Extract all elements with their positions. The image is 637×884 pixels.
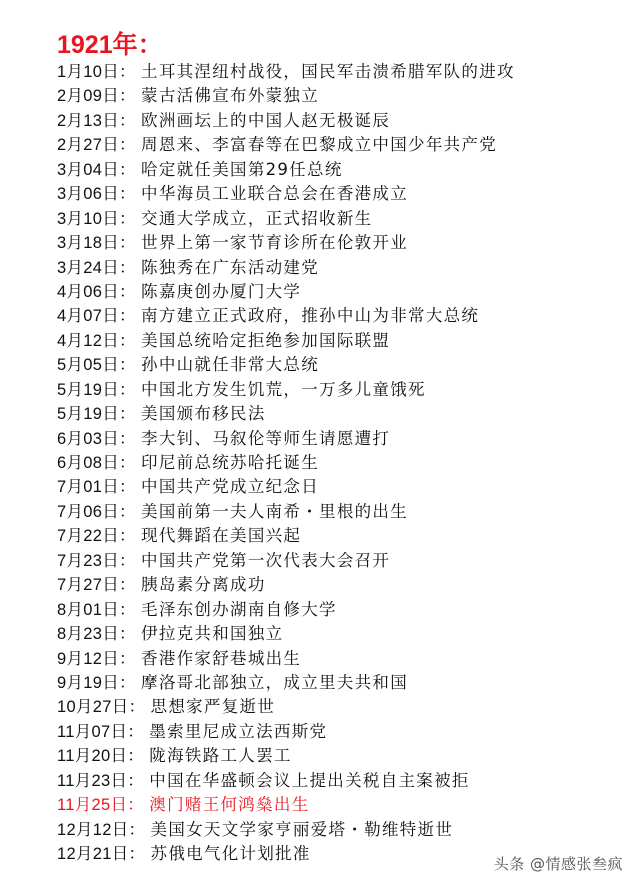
event-description: 南方建立正式政府，推孙中山为非常大总统	[141, 304, 479, 328]
document: 1921年： 1月10日：土耳其涅纽村战役，国民军击溃希腊军队的进攻2月09日：…	[57, 30, 617, 866]
event-date: 3月04日	[57, 158, 119, 182]
event-date: 5月19日	[57, 402, 119, 426]
event-separator: ：	[119, 378, 141, 402]
event-separator: ：	[127, 744, 149, 768]
event-separator: ：	[119, 207, 141, 231]
event-description: 世界上第一家节育诊所在伦敦开业	[141, 231, 408, 255]
event-separator: ：	[119, 475, 141, 499]
event-item: 3月18日：世界上第一家节育诊所在伦敦开业	[57, 231, 617, 255]
event-date: 7月06日	[57, 500, 119, 524]
event-description: 美国前第一夫人南希・里根的出生	[141, 500, 408, 524]
event-separator: ：	[129, 842, 151, 866]
event-separator: ：	[119, 573, 141, 597]
event-date: 11月20日	[57, 744, 127, 768]
event-description: 李大钊、马叙伦等师生请愿遭打	[141, 427, 390, 451]
event-item: 8月23日：伊拉克共和国独立	[57, 622, 617, 646]
year-heading: 1921年：	[57, 30, 617, 60]
event-separator: ：	[119, 524, 141, 548]
event-date: 12月21日	[57, 842, 129, 866]
event-date: 2月13日	[57, 109, 119, 133]
event-separator: ：	[119, 402, 141, 426]
event-item: 4月06日：陈嘉庚创办厦门大学	[57, 280, 617, 304]
event-description: 蒙古活佛宣布外蒙独立	[141, 84, 319, 108]
event-item: 4月07日：南方建立正式政府，推孙中山为非常大总统	[57, 304, 617, 328]
event-item: 2月27日：周恩来、李富春等在巴黎成立中国少年共产党	[57, 133, 617, 157]
event-item: 3月10日：交通大学成立，正式招收新生	[57, 207, 617, 231]
event-date: 6月03日	[57, 427, 119, 451]
event-date: 8月23日	[57, 622, 119, 646]
event-date: 1月10日	[57, 60, 119, 84]
event-separator: ：	[119, 598, 141, 622]
event-item: 5月19日：美国颁布移民法	[57, 402, 617, 426]
event-item: 3月06日：中华海员工业联合总会在香港成立	[57, 182, 617, 206]
event-date: 2月09日	[57, 84, 119, 108]
event-date: 7月27日	[57, 573, 119, 597]
event-description: 思想家严复逝世	[151, 695, 276, 719]
event-separator: ：	[119, 158, 141, 182]
event-description: 现代舞蹈在美国兴起	[141, 524, 301, 548]
event-date: 5月19日	[57, 378, 119, 402]
event-date: 7月22日	[57, 524, 119, 548]
event-description: 中国共产党第一次代表大会召开	[141, 549, 390, 573]
event-date: 3月06日	[57, 182, 119, 206]
event-item: 2月13日：欧洲画坛上的中国人赵无极诞辰	[57, 109, 617, 133]
event-separator: ：	[119, 647, 141, 671]
event-description: 中国在华盛顿会议上提出关税自主案被拒	[149, 769, 469, 793]
event-item: 6月08日：印尼前总统苏哈托诞生	[57, 451, 617, 475]
event-description: 毛泽东创办湖南自修大学	[141, 598, 337, 622]
event-separator: ：	[119, 671, 141, 695]
event-list: 1月10日：土耳其涅纽村战役，国民军击溃希腊军队的进攻2月09日：蒙古活佛宣布外…	[57, 60, 617, 866]
event-description: 中国共产党成立纪念日	[141, 475, 319, 499]
event-separator: ：	[127, 793, 149, 817]
event-item: 3月04日：哈定就任美国第29任总统	[57, 158, 617, 182]
watermark: 头条 @情感张叁疯	[494, 853, 623, 874]
event-description: 摩洛哥北部独立，成立里夫共和国	[141, 671, 408, 695]
event-item: 7月22日：现代舞蹈在美国兴起	[57, 524, 617, 548]
event-separator: ：	[129, 695, 151, 719]
event-item: 2月09日：蒙古活佛宣布外蒙独立	[57, 84, 617, 108]
event-description: 周恩来、李富春等在巴黎成立中国少年共产党	[141, 133, 497, 157]
event-item: 10月27日：思想家严复逝世	[57, 695, 617, 719]
event-description: 美国总统哈定拒绝参加国际联盟	[141, 329, 390, 353]
event-description: 香港作家舒巷城出生	[141, 647, 301, 671]
event-item: 6月03日：李大钊、马叙伦等师生请愿遭打	[57, 427, 617, 451]
event-date: 4月07日	[57, 304, 119, 328]
event-date: 3月24日	[57, 256, 119, 280]
event-date: 11月25日	[57, 793, 127, 817]
event-description: 印尼前总统苏哈托诞生	[141, 451, 319, 475]
event-separator: ：	[119, 329, 141, 353]
event-separator: ：	[127, 769, 149, 793]
event-item: 12月12日：美国女天文学家亨丽爱塔・勒维特逝世	[57, 818, 617, 842]
event-date: 12月12日	[57, 818, 129, 842]
event-separator: ：	[119, 182, 141, 206]
event-date: 8月01日	[57, 598, 119, 622]
event-description: 胰岛素分离成功	[141, 573, 266, 597]
event-description: 美国女天文学家亨丽爱塔・勒维特逝世	[151, 818, 454, 842]
event-separator: ：	[119, 280, 141, 304]
event-separator: ：	[119, 84, 141, 108]
event-separator: ：	[119, 427, 141, 451]
event-date: 7月23日	[57, 549, 119, 573]
event-description: 陈独秀在广东活动建党	[141, 256, 319, 280]
event-description: 哈定就任美国第29任总统	[141, 158, 343, 182]
event-separator: ：	[119, 231, 141, 255]
event-description: 澳门赌王何鸿燊出生	[149, 793, 309, 817]
event-item: 4月12日：美国总统哈定拒绝参加国际联盟	[57, 329, 617, 353]
event-item: 11月07日：墨索里尼成立法西斯党	[57, 720, 617, 744]
event-item: 8月01日：毛泽东创办湖南自修大学	[57, 598, 617, 622]
event-item: 7月06日：美国前第一夫人南希・里根的出生	[57, 500, 617, 524]
event-separator: ：	[119, 500, 141, 524]
event-description: 伊拉克共和国独立	[141, 622, 283, 646]
event-item: 9月12日：香港作家舒巷城出生	[57, 647, 617, 671]
event-item: 9月19日：摩洛哥北部独立，成立里夫共和国	[57, 671, 617, 695]
event-description: 陈嘉庚创办厦门大学	[141, 280, 301, 304]
event-date: 3月10日	[57, 207, 119, 231]
event-separator: ：	[119, 133, 141, 157]
event-date: 7月01日	[57, 475, 119, 499]
event-description: 中国北方发生饥荒，一万多儿童饿死	[141, 378, 426, 402]
event-date: 11月07日	[57, 720, 127, 744]
event-separator: ：	[119, 549, 141, 573]
event-description: 墨索里尼成立法西斯党	[149, 720, 327, 744]
event-item: 11月20日：陇海铁路工人罢工	[57, 744, 617, 768]
event-date: 9月19日	[57, 671, 119, 695]
event-separator: ：	[119, 353, 141, 377]
event-description: 苏俄电气化计划批准	[151, 842, 311, 866]
event-date: 4月12日	[57, 329, 119, 353]
event-item: 5月05日：孙中山就任非常大总统	[57, 353, 617, 377]
event-description: 陇海铁路工人罢工	[149, 744, 291, 768]
event-separator: ：	[119, 622, 141, 646]
event-item: 7月27日：胰岛素分离成功	[57, 573, 617, 597]
event-date: 10月27日	[57, 695, 129, 719]
event-separator: ：	[119, 451, 141, 475]
event-description: 中华海员工业联合总会在香港成立	[141, 182, 408, 206]
event-separator: ：	[129, 818, 151, 842]
event-separator: ：	[119, 60, 141, 84]
event-description: 土耳其涅纽村战役，国民军击溃希腊军队的进攻	[141, 60, 515, 84]
event-description: 孙中山就任非常大总统	[141, 353, 319, 377]
event-item: 3月24日：陈独秀在广东活动建党	[57, 256, 617, 280]
event-description: 欧洲画坛上的中国人赵无极诞辰	[141, 109, 390, 133]
event-separator: ：	[119, 109, 141, 133]
event-item: 7月01日：中国共产党成立纪念日	[57, 475, 617, 499]
event-separator: ：	[119, 256, 141, 280]
event-item: 5月19日：中国北方发生饥荒，一万多儿童饿死	[57, 378, 617, 402]
event-item: 1月10日：土耳其涅纽村战役，国民军击溃希腊军队的进攻	[57, 60, 617, 84]
event-date: 9月12日	[57, 647, 119, 671]
event-description: 美国颁布移民法	[141, 402, 266, 426]
event-separator: ：	[127, 720, 149, 744]
event-item: 11月23日：中国在华盛顿会议上提出关税自主案被拒	[57, 769, 617, 793]
event-description: 交通大学成立，正式招收新生	[141, 207, 372, 231]
event-date: 11月23日	[57, 769, 127, 793]
event-date: 6月08日	[57, 451, 119, 475]
event-date: 4月06日	[57, 280, 119, 304]
event-date: 2月27日	[57, 133, 119, 157]
event-separator: ：	[119, 304, 141, 328]
event-date: 3月18日	[57, 231, 119, 255]
event-item: 7月23日：中国共产党第一次代表大会召开	[57, 549, 617, 573]
event-item-highlighted: 11月25日：澳门赌王何鸿燊出生	[57, 793, 617, 817]
event-date: 5月05日	[57, 353, 119, 377]
